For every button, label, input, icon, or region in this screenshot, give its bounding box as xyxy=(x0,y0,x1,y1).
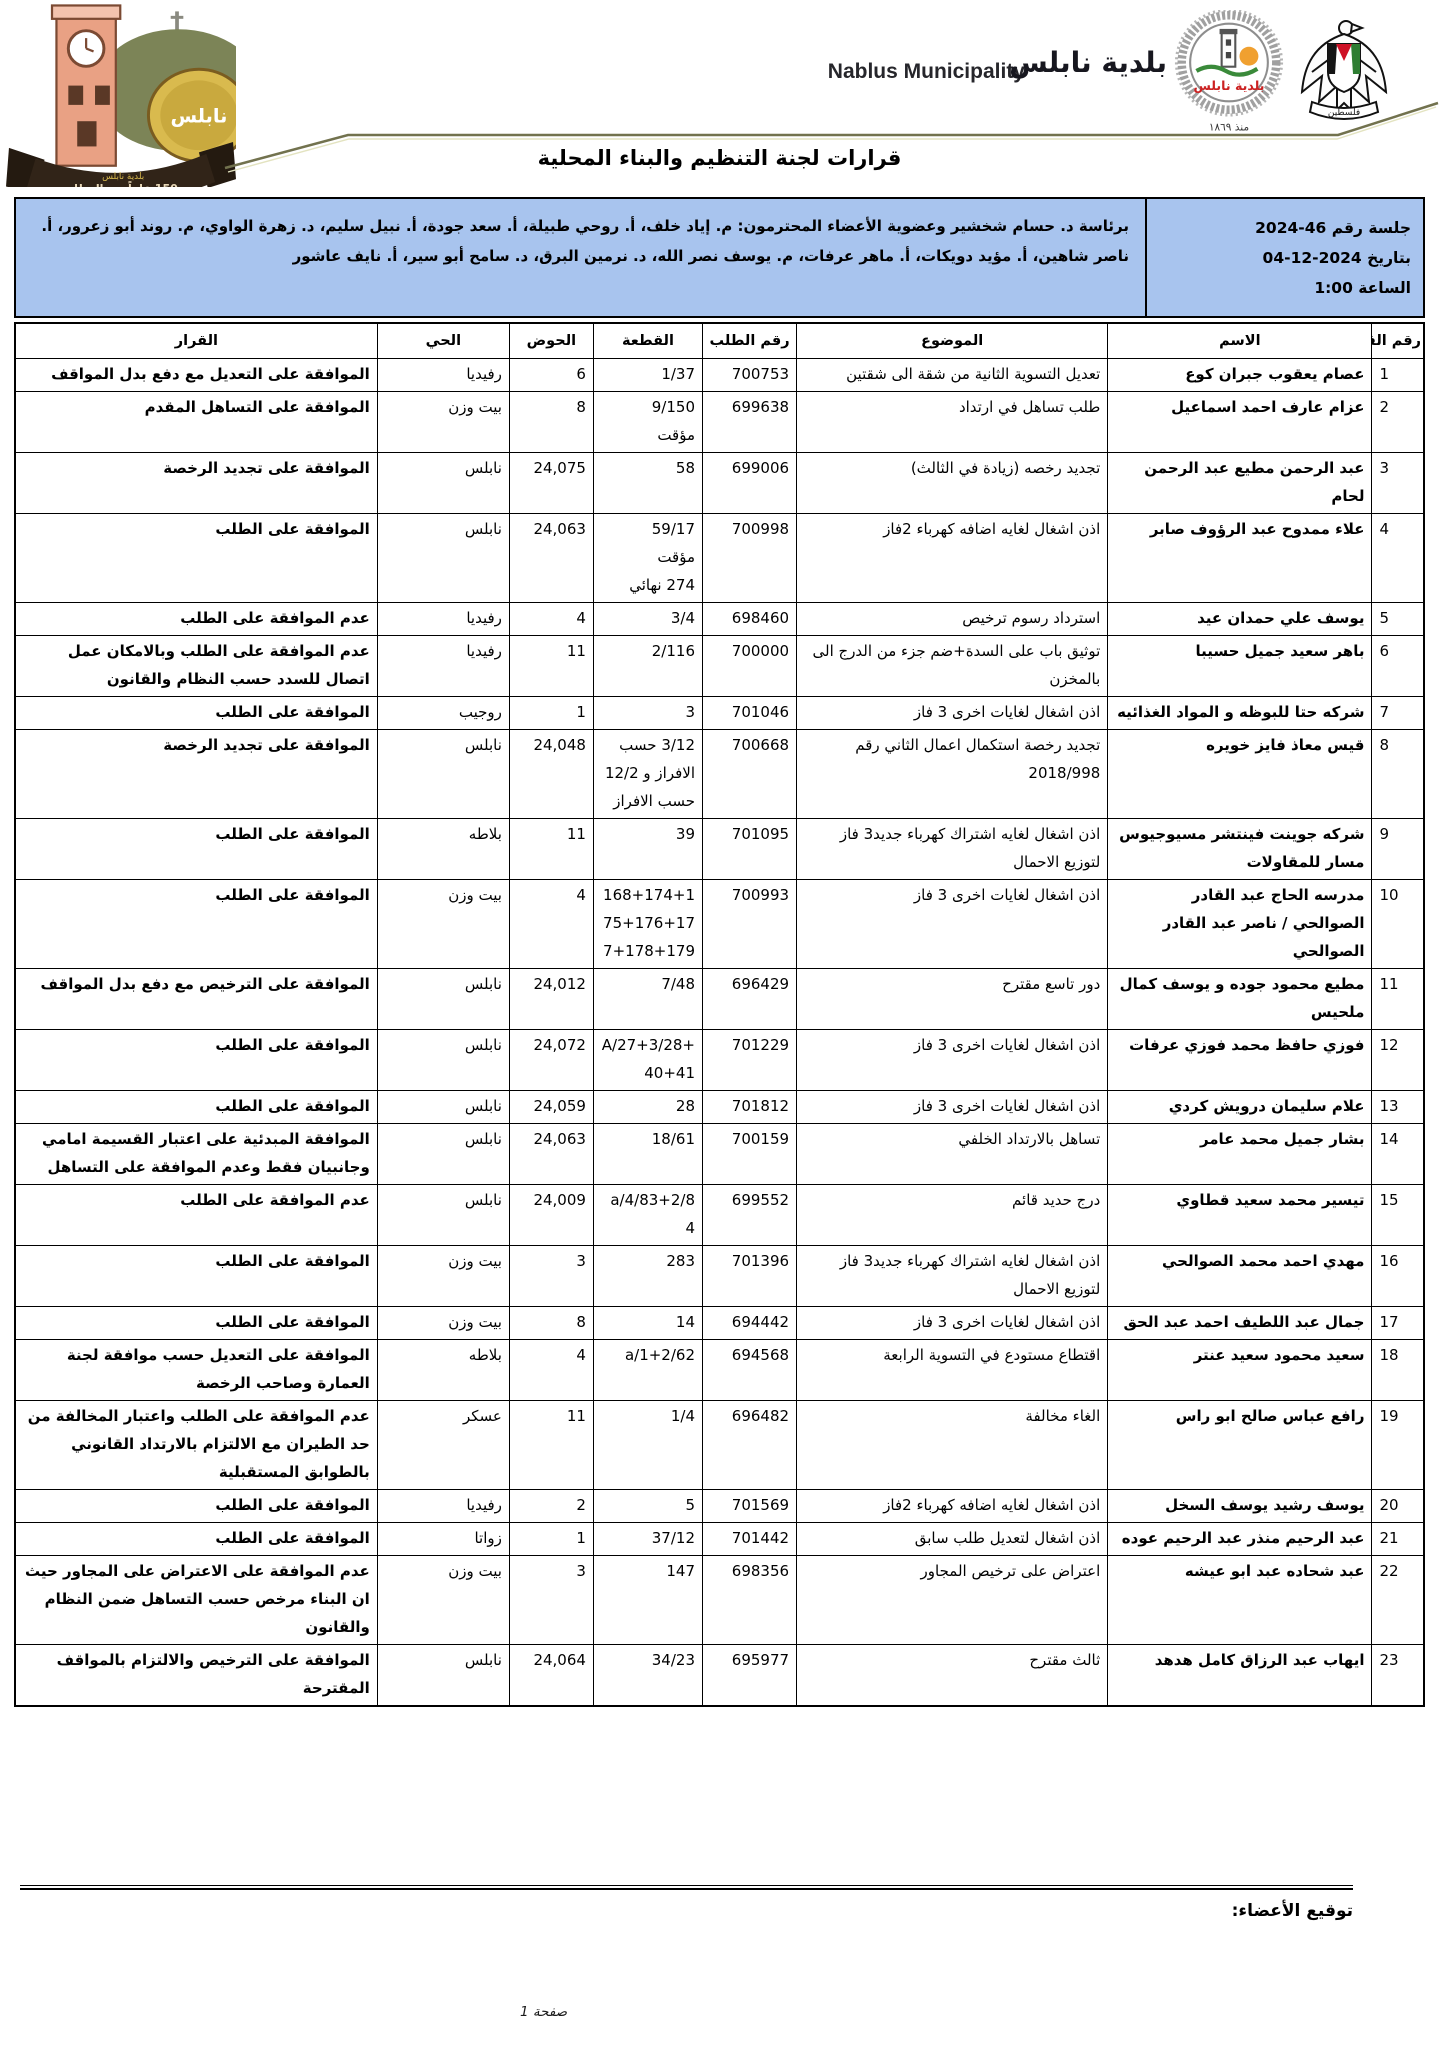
cell-name: مطيع محمود جوده و يوسف كمال ملحيس xyxy=(1108,968,1372,1029)
cell-decision: الموافقة على الترخيص مع دفع بدل المواقف xyxy=(15,968,377,1029)
cell-name: رافع عباس صالح ابو راس xyxy=(1108,1400,1372,1489)
cell-request-no: 701569 xyxy=(703,1489,797,1522)
cell-name: قيس معاذ فايز خويره xyxy=(1108,729,1372,818)
cell-subject: طلب تساهل في ارتداد xyxy=(797,391,1108,452)
col-header-decision-no: رقم القرار xyxy=(1372,323,1424,358)
cell-decision: عدم الموافقة على الطلب xyxy=(15,1184,377,1245)
municipality-name-arabic: بلدية نابلس xyxy=(1009,46,1167,79)
cell-basin: 24,072 xyxy=(509,1029,593,1090)
cell-subject: تجديد رخصه (زيادة في الثالث) xyxy=(797,452,1108,513)
table-row: 15تيسير محمد سعيد قطاويدرج حديد قائم6995… xyxy=(15,1184,1424,1245)
table-row: 13علام سليمان درويش كردياذن اشغال لغايات… xyxy=(15,1090,1424,1123)
cell-name: شركه حتا للبوظه و المواد الغذائيه xyxy=(1108,696,1372,729)
cell-request-no: 700998 xyxy=(703,513,797,602)
cell-decision: الموافقة على التعديل حسب موافقة لجنة الع… xyxy=(15,1339,377,1400)
cell-name: يوسف علي حمدان عيد xyxy=(1108,602,1372,635)
cell-district: رفيديا xyxy=(377,635,509,696)
table-row: 2عزام عارف احمد اسماعيلطلب تساهل في ارتد… xyxy=(15,391,1424,452)
table-row: 17جمال عبد اللطيف احمد عبد الحقاذن اشغال… xyxy=(15,1306,1424,1339)
cell-request-no: 699638 xyxy=(703,391,797,452)
cell-basin: 2 xyxy=(509,1489,593,1522)
cell-decision: الموافقة على الطلب xyxy=(15,818,377,879)
cell-name: شركه جوينت فينتشر مسيوجيوس مسار للمقاولا… xyxy=(1108,818,1372,879)
cell-no: 15 xyxy=(1372,1184,1424,1245)
cell-request-no: 700000 xyxy=(703,635,797,696)
cell-district: نابلس xyxy=(377,1029,509,1090)
cell-subject: ثالث مقترح xyxy=(797,1644,1108,1706)
table-row: 22عبد شحاده عبد ابو عيشهاعتراض على ترخيص… xyxy=(15,1555,1424,1644)
cell-no: 9 xyxy=(1372,818,1424,879)
cell-plot: a/4/83+2/84 xyxy=(593,1184,702,1245)
cell-plot: 5 xyxy=(593,1489,702,1522)
members-signature-label: توقيع الأعضاء: xyxy=(1232,1901,1353,1921)
page-title: قرارات لجنة التنظيم والبناء المحلية xyxy=(0,146,1439,170)
cell-decision: عدم الموافقة على الطلب واعتبار المخالفة … xyxy=(15,1400,377,1489)
session-date: بتاريخ 2024-12-04 xyxy=(1153,243,1411,273)
cell-plot: 37/12 xyxy=(593,1522,702,1555)
attendees-text: برئاسة د. حسام شخشير وعضوية الأعضاء المح… xyxy=(16,199,1145,316)
cell-request-no: 701229 xyxy=(703,1029,797,1090)
cell-no: 8 xyxy=(1372,729,1424,818)
flag-shield-icon xyxy=(1328,44,1360,92)
cell-subject: اعتراض على ترخيص المجاور xyxy=(797,1555,1108,1644)
cell-no: 19 xyxy=(1372,1400,1424,1489)
cell-request-no: 695977 xyxy=(703,1644,797,1706)
table-row: 1عصام يعقوب جبران كوعتعديل التسوية الثان… xyxy=(15,358,1424,391)
cell-no: 11 xyxy=(1372,968,1424,1029)
municipality-name-english: Nablus Municipality xyxy=(828,60,1025,84)
session-info-bar: جلسة رقم 46-2024 بتاريخ 2024-12-04 الساع… xyxy=(14,197,1425,318)
cell-no: 10 xyxy=(1372,879,1424,968)
cell-basin: 24,048 xyxy=(509,729,593,818)
table-row: 9شركه جوينت فينتشر مسيوجيوس مسار للمقاول… xyxy=(15,818,1424,879)
cell-decision: عدم الموافقة على الاعتراض على المجاور حي… xyxy=(15,1555,377,1644)
cell-no: 18 xyxy=(1372,1339,1424,1400)
table-row: 4علاء ممدوح عبد الرؤوف صابراذن اشغال لغا… xyxy=(15,513,1424,602)
cell-subject: اذن اشغال لغايات اخرى 3 فاز xyxy=(797,1306,1108,1339)
cell-basin: 24,063 xyxy=(509,1123,593,1184)
cell-basin: 24,063 xyxy=(509,513,593,602)
cell-name: عصام يعقوب جبران كوع xyxy=(1108,358,1372,391)
cell-no: 20 xyxy=(1372,1489,1424,1522)
cell-district: بلاطه xyxy=(377,1339,509,1400)
cell-district: رفيديا xyxy=(377,602,509,635)
cell-subject: الغاء مخالفة xyxy=(797,1400,1108,1489)
cell-name: ايهاب عبد الرزاق كامل هدهد xyxy=(1108,1644,1372,1706)
cell-district: نابلس xyxy=(377,452,509,513)
cell-request-no: 699552 xyxy=(703,1184,797,1245)
cell-basin: 4 xyxy=(509,879,593,968)
cell-district: نابلس xyxy=(377,968,509,1029)
cell-name: مدرسه الحاج عبد القادر الصوالحي / ناصر ع… xyxy=(1108,879,1372,968)
cell-name: عزام عارف احمد اسماعيل xyxy=(1108,391,1372,452)
cell-subject: اذن اشغال لغايه اشتراك كهرباء جديد3 فاز … xyxy=(797,818,1108,879)
document-page: 15 نابلس بلدية نابلس 150 عاماً من العطاء… xyxy=(0,0,1439,2048)
cell-subject: اقتطاع مستودع في التسوية الرابعة xyxy=(797,1339,1108,1400)
cell-district: بيت وزن xyxy=(377,1555,509,1644)
cell-plot: 168+174+175+176+177+178+179 xyxy=(593,879,702,968)
cell-basin: 3 xyxy=(509,1245,593,1306)
cell-no: 2 xyxy=(1372,391,1424,452)
cell-district: زواتا xyxy=(377,1522,509,1555)
cell-no: 16 xyxy=(1372,1245,1424,1306)
cell-district: نابلس xyxy=(377,1184,509,1245)
col-header-subject: الموضوع xyxy=(797,323,1108,358)
cell-decision: الموافقة على تجديد الرخصة xyxy=(15,729,377,818)
cell-request-no: 694442 xyxy=(703,1306,797,1339)
cell-name: عبد الرحمن مطيع عبد الرحمن لحام xyxy=(1108,452,1372,513)
cell-basin: 24,075 xyxy=(509,452,593,513)
table-row: 10مدرسه الحاج عبد القادر الصوالحي / ناصر… xyxy=(15,879,1424,968)
cell-plot: 3/4 xyxy=(593,602,702,635)
cell-district: نابلس xyxy=(377,1123,509,1184)
cell-no: 23 xyxy=(1372,1644,1424,1706)
decisions-table-wrap: رقم القرار الاسم الموضوع رقم الطلب القطع… xyxy=(14,322,1425,1707)
cell-basin: 4 xyxy=(509,602,593,635)
table-row: 11مطيع محمود جوده و يوسف كمال ملحيسدور ت… xyxy=(15,968,1424,1029)
cell-basin: 24,009 xyxy=(509,1184,593,1245)
cell-basin: 3 xyxy=(509,1555,593,1644)
cell-request-no: 694568 xyxy=(703,1339,797,1400)
cell-request-no: 698460 xyxy=(703,602,797,635)
cell-no: 6 xyxy=(1372,635,1424,696)
cell-plot: 147 xyxy=(593,1555,702,1644)
col-header-plot: القطعة xyxy=(593,323,702,358)
cell-district: نابلس xyxy=(377,1644,509,1706)
cell-district: نابلس xyxy=(377,1090,509,1123)
cell-basin: 1 xyxy=(509,1522,593,1555)
cell-plot: 3 xyxy=(593,696,702,729)
session-time: الساعة 1:00 xyxy=(1153,273,1411,303)
table-row: 3عبد الرحمن مطيع عبد الرحمن لحامتجديد رخ… xyxy=(15,452,1424,513)
cell-subject: تعديل التسوية الثانية من شقة الى شقتين xyxy=(797,358,1108,391)
cell-basin: 8 xyxy=(509,391,593,452)
table-row: 19رافع عباس صالح ابو راسالغاء مخالفة6964… xyxy=(15,1400,1424,1489)
cell-request-no: 701812 xyxy=(703,1090,797,1123)
cell-subject: اذن اشغال لغايات اخرى 3 فاز xyxy=(797,1029,1108,1090)
cell-plot: 34/23 xyxy=(593,1644,702,1706)
cell-district: رفيديا xyxy=(377,358,509,391)
cell-name: مهدي احمد محمد الصوالحي xyxy=(1108,1245,1372,1306)
emblem-sun-icon xyxy=(1240,47,1259,66)
cell-subject: اذن اشغال لغايات اخرى 3 فاز xyxy=(797,696,1108,729)
cell-plot: A/27+3/28+40+41 xyxy=(593,1029,702,1090)
cell-request-no: 698356 xyxy=(703,1555,797,1644)
cell-no: 13 xyxy=(1372,1090,1424,1123)
cell-name: يوسف رشيد يوسف السخل xyxy=(1108,1489,1372,1522)
cell-plot: 3/12 حسب الافراز و 12/2 حسب الافراز xyxy=(593,729,702,818)
cell-basin: 11 xyxy=(509,635,593,696)
cell-decision: الموافقة على الترخيص والالتزام بالمواقف … xyxy=(15,1644,377,1706)
session-meta-cell: جلسة رقم 46-2024 بتاريخ 2024-12-04 الساع… xyxy=(1145,199,1423,316)
cell-no: 4 xyxy=(1372,513,1424,602)
emblem-city-name: بلدية نابلس xyxy=(1193,78,1264,93)
cell-request-no: 701095 xyxy=(703,818,797,879)
emblem-tower-icon xyxy=(1220,29,1238,67)
cell-decision: الموافقة على الطلب xyxy=(15,1522,377,1555)
cell-plot: 58 xyxy=(593,452,702,513)
cell-subject: درج حديد قائم xyxy=(797,1184,1108,1245)
cell-request-no: 701442 xyxy=(703,1522,797,1555)
cell-decision: الموافقة على الطلب xyxy=(15,1090,377,1123)
table-row: 14بشار جميل محمد عامرتساهل بالارتداد الخ… xyxy=(15,1123,1424,1184)
cell-basin: 1 xyxy=(509,696,593,729)
cell-decision: الموافقة على الطلب xyxy=(15,1489,377,1522)
cell-plot: a/1+2/62 xyxy=(593,1339,702,1400)
cell-no: 7 xyxy=(1372,696,1424,729)
cell-plot: 2/116 xyxy=(593,635,702,696)
col-header-request-no: رقم الطلب xyxy=(703,323,797,358)
table-row: 18سعيد محمود سعيد عنتراقتطاع مستودع في ا… xyxy=(15,1339,1424,1400)
table-row: 6باهر سعيد جميل حسيباتوثيق باب على السدة… xyxy=(15,635,1424,696)
cell-name: عبد الرحيم منذر عبد الرحيم عوده xyxy=(1108,1522,1372,1555)
table-row: 8قيس معاذ فايز خويرهتجديد رخصة استكمال ا… xyxy=(15,729,1424,818)
decisions-tbody: 1عصام يعقوب جبران كوعتعديل التسوية الثان… xyxy=(15,358,1424,1706)
session-number: جلسة رقم 46-2024 xyxy=(1153,213,1411,243)
cell-decision: الموافقة على الطلب xyxy=(15,513,377,602)
cell-basin: 24,064 xyxy=(509,1644,593,1706)
cell-decision: الموافقة على الطلب xyxy=(15,696,377,729)
cell-request-no: 701046 xyxy=(703,696,797,729)
cell-decision: عدم الموافقة على الطلب xyxy=(15,602,377,635)
cell-district: بيت وزن xyxy=(377,1306,509,1339)
cell-name: عبد شحاده عبد ابو عيشه xyxy=(1108,1555,1372,1644)
cell-decision: الموافقة على التساهل المقدم xyxy=(15,391,377,452)
cell-basin: 4 xyxy=(509,1339,593,1400)
cell-no: 14 xyxy=(1372,1123,1424,1184)
cell-request-no: 701396 xyxy=(703,1245,797,1306)
cell-plot: 28 xyxy=(593,1090,702,1123)
cell-plot: 283 xyxy=(593,1245,702,1306)
col-header-basin: الحوض xyxy=(509,323,593,358)
cell-basin: 11 xyxy=(509,1400,593,1489)
col-header-name: الاسم xyxy=(1108,323,1372,358)
cell-no: 3 xyxy=(1372,452,1424,513)
cell-subject: اذن اشغال لتعديل طلب سابق xyxy=(797,1522,1108,1555)
cell-no: 21 xyxy=(1372,1522,1424,1555)
cell-request-no: 700668 xyxy=(703,729,797,818)
cell-no: 1 xyxy=(1372,358,1424,391)
cell-district: بيت وزن xyxy=(377,391,509,452)
cell-name: بشار جميل محمد عامر xyxy=(1108,1123,1372,1184)
cell-name: سعيد محمود سعيد عنتر xyxy=(1108,1339,1372,1400)
cell-subject: توثيق باب على السدة+ضم جزء من الدرج الى … xyxy=(797,635,1108,696)
cell-subject: اذن اشغال لغايه اضافه كهرباء 2فاز xyxy=(797,1489,1108,1522)
cell-name: علاء ممدوح عبد الرؤوف صابر xyxy=(1108,513,1372,602)
cell-request-no: 696482 xyxy=(703,1400,797,1489)
col-header-district: الحي xyxy=(377,323,509,358)
cell-plot: 39 xyxy=(593,818,702,879)
cell-decision: الموافقة على الطلب xyxy=(15,1245,377,1306)
table-row: 21عبد الرحيم منذر عبد الرحيم عودهاذن اشغ… xyxy=(15,1522,1424,1555)
page-number: صفحة 1 xyxy=(520,2004,567,2020)
cell-subject: اذن اشغال لغايات اخرى 3 فاز xyxy=(797,1090,1108,1123)
cell-decision: الموافقة على الطلب xyxy=(15,879,377,968)
cell-request-no: 696429 xyxy=(703,968,797,1029)
cell-no: 5 xyxy=(1372,602,1424,635)
cell-subject: اذن اشغال لغايه اضافه كهرباء 2فاز xyxy=(797,513,1108,602)
cell-basin: 24,059 xyxy=(509,1090,593,1123)
cell-district: عسكر xyxy=(377,1400,509,1489)
signature-divider-line xyxy=(20,1885,1353,1890)
cell-district: بيت وزن xyxy=(377,1245,509,1306)
cell-district: نابلس xyxy=(377,729,509,818)
cell-name: علام سليمان درويش كردي xyxy=(1108,1090,1372,1123)
cell-plot: 14 xyxy=(593,1306,702,1339)
col-header-decision: القرار xyxy=(15,323,377,358)
table-row: 23ايهاب عبد الرزاق كامل هدهدثالث مقترح69… xyxy=(15,1644,1424,1706)
cell-district: رفيديا xyxy=(377,1489,509,1522)
cell-name: باهر سعيد جميل حسيبا xyxy=(1108,635,1372,696)
cell-no: 17 xyxy=(1372,1306,1424,1339)
cell-no: 12 xyxy=(1372,1029,1424,1090)
cell-plot: 9/150 مؤقت xyxy=(593,391,702,452)
decisions-table: رقم القرار الاسم الموضوع رقم الطلب القطع… xyxy=(14,322,1425,1707)
table-header-row: رقم القرار الاسم الموضوع رقم الطلب القطع… xyxy=(15,323,1424,358)
cell-decision: عدم الموافقة على الطلب وبالامكان عمل اتص… xyxy=(15,635,377,696)
cell-plot: 7/48 xyxy=(593,968,702,1029)
cell-district: نابلس xyxy=(377,513,509,602)
cell-decision: الموافقة على الطلب xyxy=(15,1029,377,1090)
cell-subject: اذن اشغال لغايات اخرى 3 فاز xyxy=(797,879,1108,968)
cell-request-no: 700159 xyxy=(703,1123,797,1184)
cell-no: 22 xyxy=(1372,1555,1424,1644)
table-row: 5يوسف علي حمدان عيداسترداد رسوم ترخيص698… xyxy=(15,602,1424,635)
cell-decision: الموافقة المبدئية على اعتبار القسيمة اما… xyxy=(15,1123,377,1184)
cell-basin: 11 xyxy=(509,818,593,879)
cell-decision: الموافقة على الطلب xyxy=(15,1306,377,1339)
cell-name: فوزي حافظ محمد فوزي عرفات xyxy=(1108,1029,1372,1090)
cell-basin: 6 xyxy=(509,358,593,391)
cell-subject: تساهل بالارتداد الخلفي xyxy=(797,1123,1108,1184)
cell-plot: 1/4 xyxy=(593,1400,702,1489)
cell-plot: 59/17 مؤقت 274 نهائي xyxy=(593,513,702,602)
cell-subject: اذن اشغال لغايه اشتراك كهرباء جديد3 فاز … xyxy=(797,1245,1108,1306)
cell-basin: 8 xyxy=(509,1306,593,1339)
cell-request-no: 700993 xyxy=(703,879,797,968)
cell-district: بلاطه xyxy=(377,818,509,879)
table-row: 12فوزي حافظ محمد فوزي عرفاتاذن اشغال لغا… xyxy=(15,1029,1424,1090)
cell-subject: استرداد رسوم ترخيص xyxy=(797,602,1108,635)
table-row: 20يوسف رشيد يوسف السخلاذن اشغال لغايه اض… xyxy=(15,1489,1424,1522)
cell-decision: الموافقة على تجديد الرخصة xyxy=(15,452,377,513)
cell-name: تيسير محمد سعيد قطاوي xyxy=(1108,1184,1372,1245)
cell-decision: الموافقة على التعديل مع دفع بدل المواقف xyxy=(15,358,377,391)
cell-plot: 1/37 xyxy=(593,358,702,391)
table-row: 16مهدي احمد محمد الصوالحياذن اشغال لغايه… xyxy=(15,1245,1424,1306)
cell-request-no: 700753 xyxy=(703,358,797,391)
cell-name: جمال عبد اللطيف احمد عبد الحق xyxy=(1108,1306,1372,1339)
cell-request-no: 699006 xyxy=(703,452,797,513)
cell-subject: دور تاسع مقترح xyxy=(797,968,1108,1029)
table-row: 7شركه حتا للبوظه و المواد الغذائيهاذن اش… xyxy=(15,696,1424,729)
cell-district: بيت وزن xyxy=(377,879,509,968)
cell-district: روجيب xyxy=(377,696,509,729)
cell-basin: 24,012 xyxy=(509,968,593,1029)
cell-subject: تجديد رخصة استكمال اعمال الثاني رقم 2018… xyxy=(797,729,1108,818)
cell-plot: 18/61 xyxy=(593,1123,702,1184)
